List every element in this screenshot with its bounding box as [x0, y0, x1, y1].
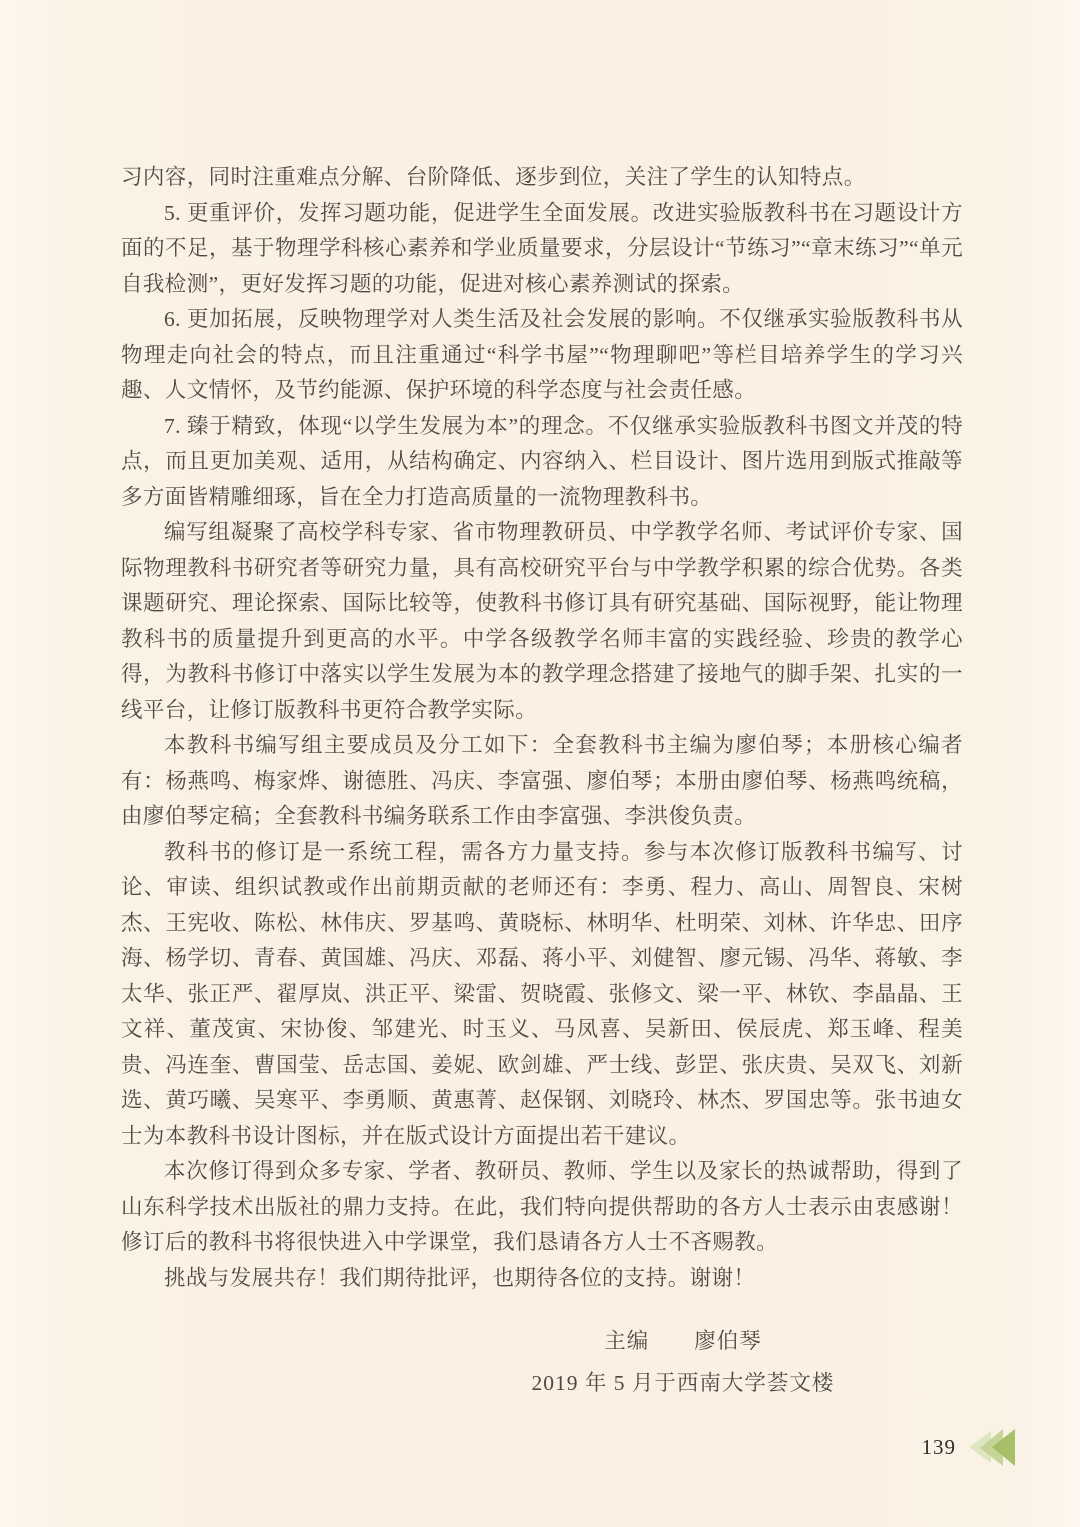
body-paragraph-item-6: 6. 更加拓展，反映物理学对人类生活及社会发展的影响。不仅继承实验版教科书从物理… — [121, 302, 963, 409]
page-body: 习内容，同时注重难点分解、台阶降低、逐步到位，关注了学生的认知特点。 5. 更重… — [121, 160, 963, 1404]
body-paragraph-thanks: 本次修订得到众多专家、学者、教研员、教师、学生以及家长的热诚帮助，得到了山东科学… — [121, 1154, 963, 1261]
book-page: 习内容，同时注重难点分解、台阶降低、逐步到位，关注了学生的认知特点。 5. 更重… — [0, 0, 1080, 1527]
body-paragraph-item-7: 7. 臻于精致，体现“以学生发展为本”的理念。不仅继承实验版教科书图文并茂的特点… — [121, 409, 963, 516]
body-paragraph-members: 本教科书编写组主要成员及分工如下：全套教科书主编为廖伯琴；本册核心编者有：杨燕鸣… — [121, 728, 963, 835]
page-corner-triangles-icon — [969, 1427, 1017, 1467]
signature-editor: 主编 廖伯琴 — [503, 1320, 863, 1362]
body-paragraph-contributors: 教科书的修订是一系统工程，需各方力量支持。参与本次修订版教科书编写、讨论、审读、… — [121, 835, 963, 1155]
body-paragraph: 习内容，同时注重难点分解、台阶降低、逐步到位，关注了学生的认知特点。 — [121, 160, 963, 196]
body-paragraph-closing: 挑战与发展共存！我们期待批评，也期待各位的支持。谢谢！ — [121, 1261, 963, 1297]
page-footer: 139 — [922, 1427, 1018, 1467]
body-paragraph-item-5: 5. 更重评价，发挥习题功能，促进学生全面发展。改进实验版教科书在习题设计方面的… — [121, 196, 963, 303]
signature-block: 主编 廖伯琴 2019 年 5 月于西南大学荟文楼 — [503, 1320, 863, 1404]
body-paragraph-team: 编写组凝聚了高校学科专家、省市物理教研员、中学教学名师、考试评价专家、国际物理教… — [121, 515, 963, 728]
page-number: 139 — [922, 1435, 957, 1460]
signature-date: 2019 年 5 月于西南大学荟文楼 — [503, 1362, 863, 1404]
